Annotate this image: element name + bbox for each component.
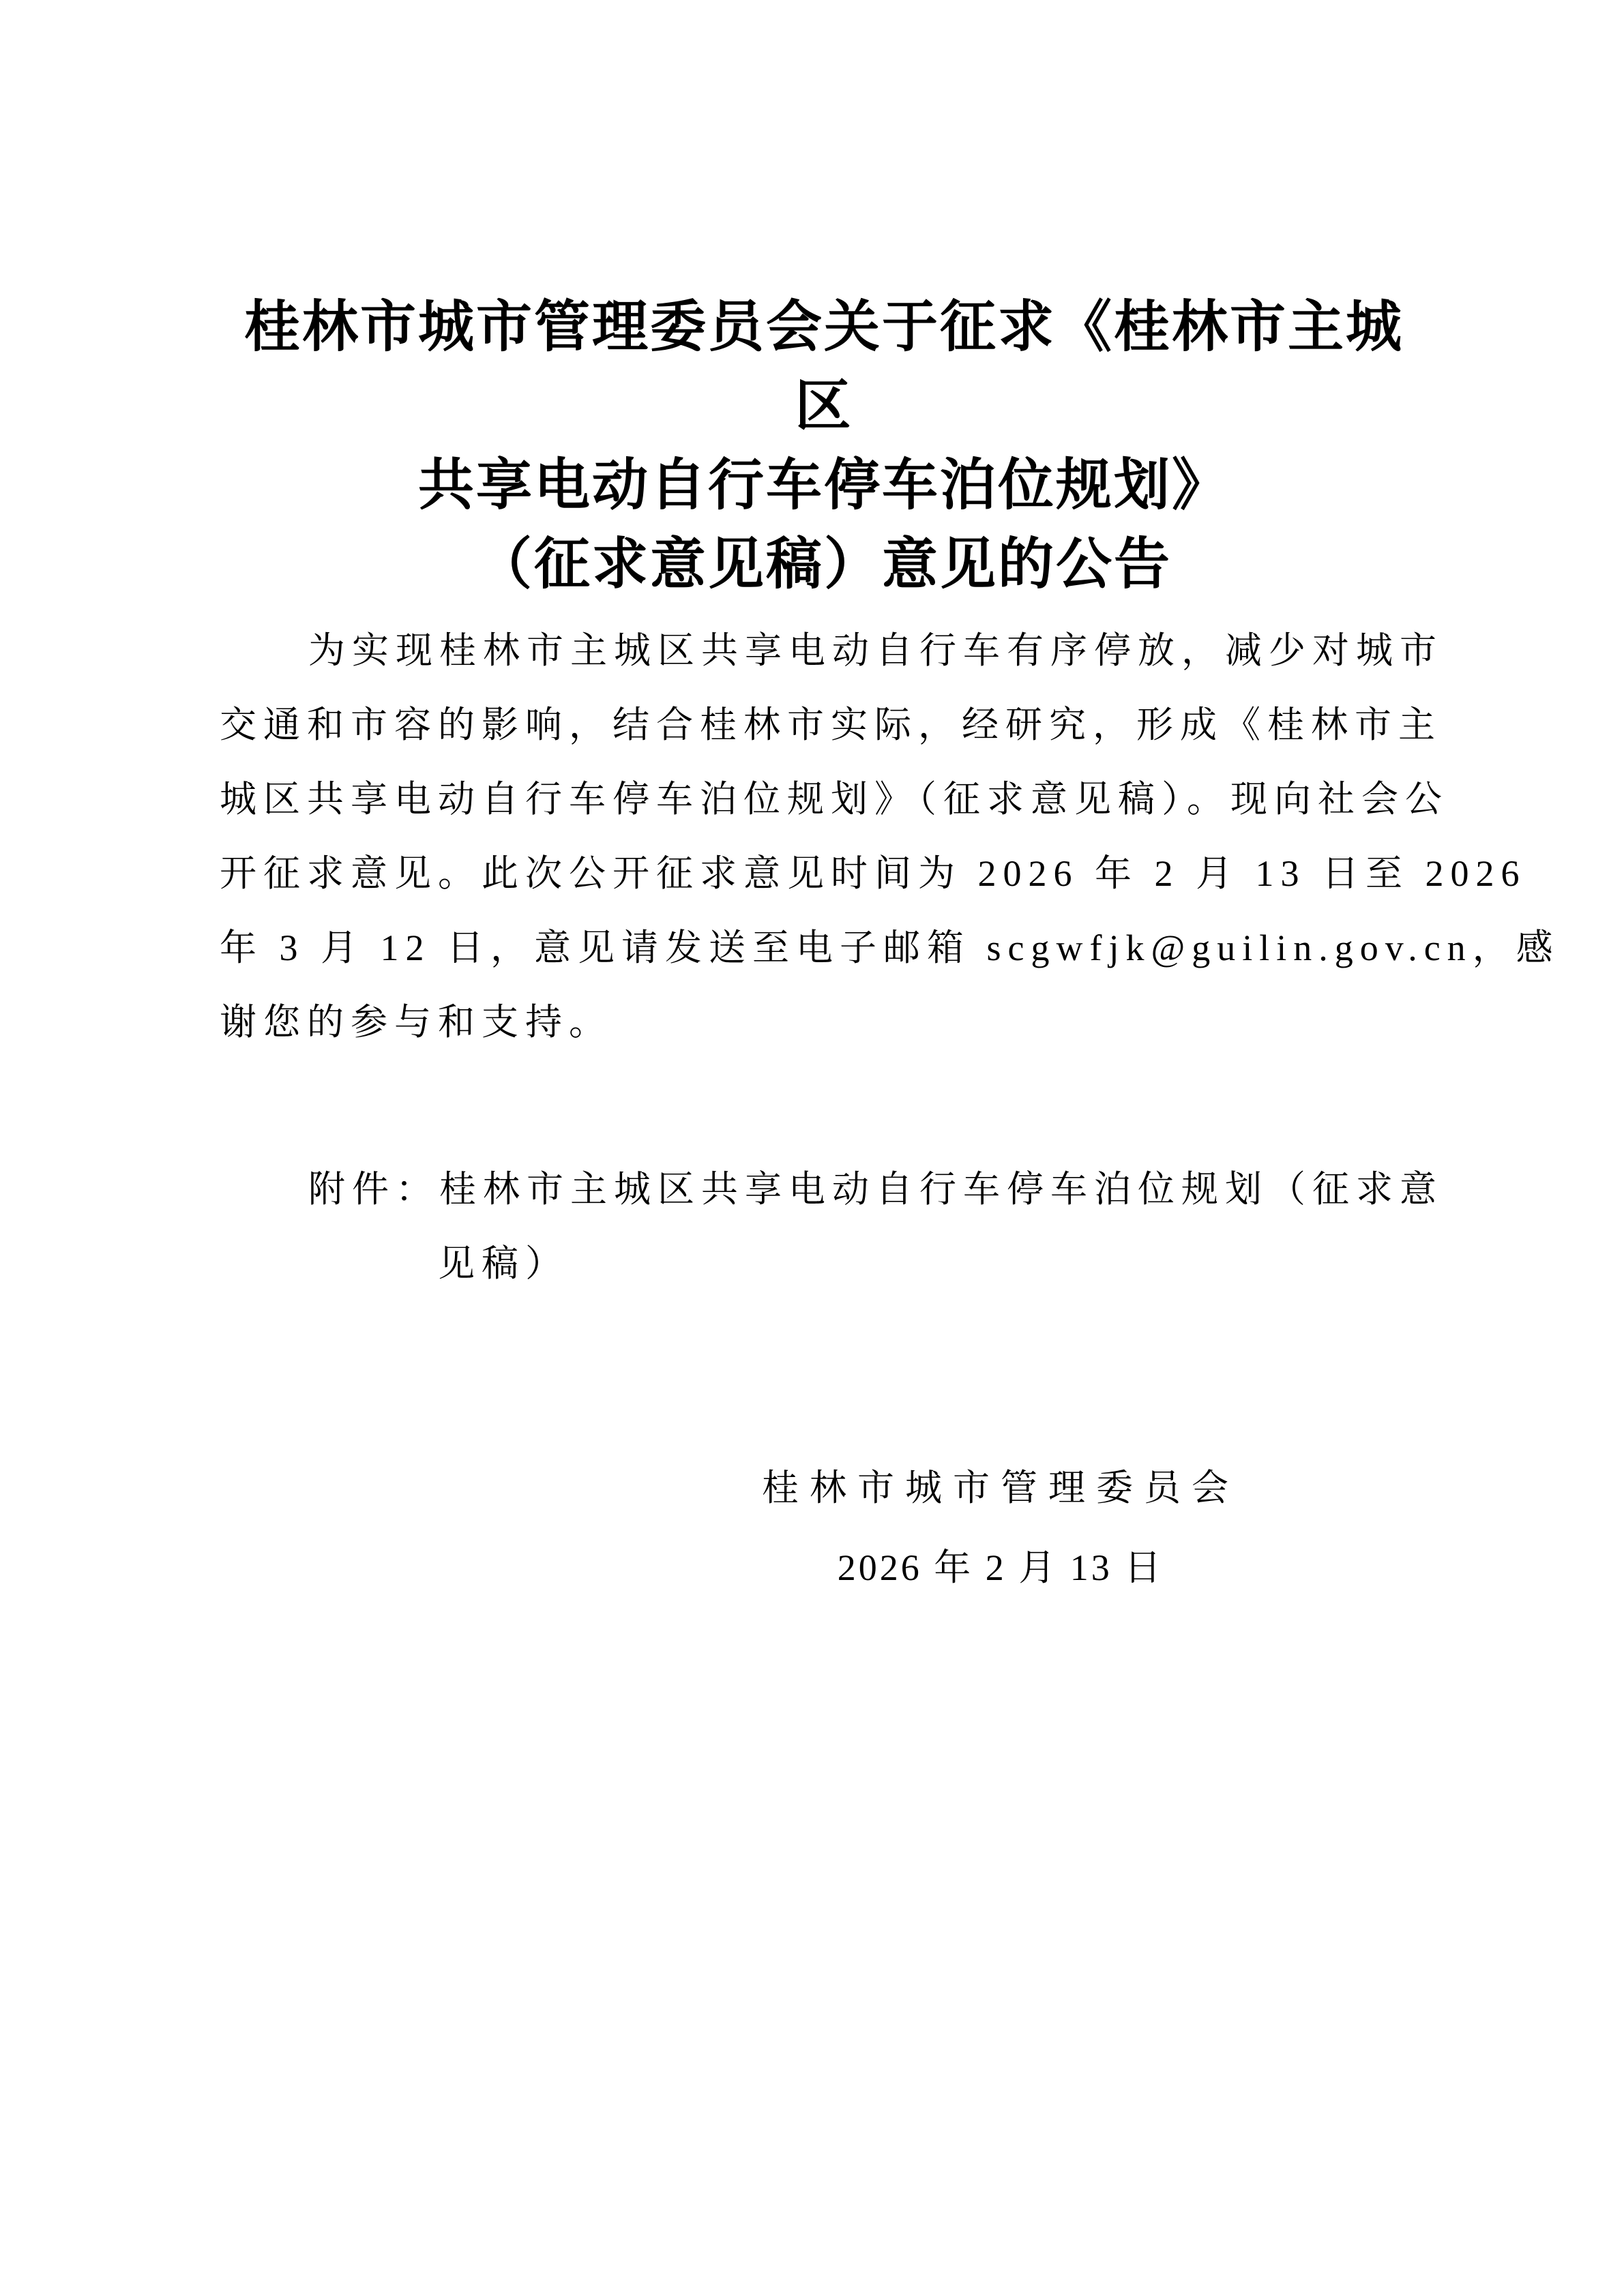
attachment-line-1: 附件：桂林市主城区共享电动自行车停车泊位规划（征求意 (308, 1152, 1428, 1227)
body-line-2: 交通和市容的影响，结合桂林市实际，经研究，形成《桂林市主 (220, 688, 1428, 762)
document-page: 桂林市城市管理委员会关于征求《桂林市主城区 共享电动自行车停车泊位规划》 （征求… (0, 0, 1624, 2296)
signature-date: 2026 年 2 月 13 日 (378, 1528, 1623, 1608)
signature-organization: 桂林市城市管理委员会 (378, 1448, 1623, 1528)
title-line-2: 共享电动自行车停车泊位规划》 (220, 446, 1428, 525)
attachment-block: 附件：桂林市主城区共享电动自行车停车泊位规划（征求意 见稿） (220, 1152, 1428, 1301)
body-line-5: 年 3 月 12 日，意见请发送至电子邮箱 scgwfjk@guilin.gov… (220, 911, 1428, 985)
document-title: 桂林市城市管理委员会关于征求《桂林市主城区 共享电动自行车停车泊位规划》 （征求… (220, 288, 1428, 604)
body-line-1: 为实现桂林市主城区共享电动自行车有序停放，减少对城市 (220, 614, 1428, 688)
body-paragraph: 为实现桂林市主城区共享电动自行车有序停放，减少对城市 交通和市容的影响，结合桂林… (220, 614, 1428, 1060)
title-line-1: 桂林市城市管理委员会关于征求《桂林市主城区 (220, 288, 1428, 446)
body-line-6: 谢您的参与和支持。 (220, 985, 1428, 1060)
body-line-4: 开征求意见。此次公开征求意见时间为 2026 年 2 月 13 日至 2026 (220, 837, 1428, 911)
signature-block: 桂林市城市管理委员会 2026 年 2 月 13 日 (378, 1448, 1623, 1608)
title-line-3: （征求意见稿）意见的公告 (220, 525, 1428, 604)
attachment-line-2: 见稿） (438, 1227, 1428, 1301)
body-line-3: 城区共享电动自行车停车泊位规划》（征求意见稿）。现向社会公 (220, 762, 1428, 837)
